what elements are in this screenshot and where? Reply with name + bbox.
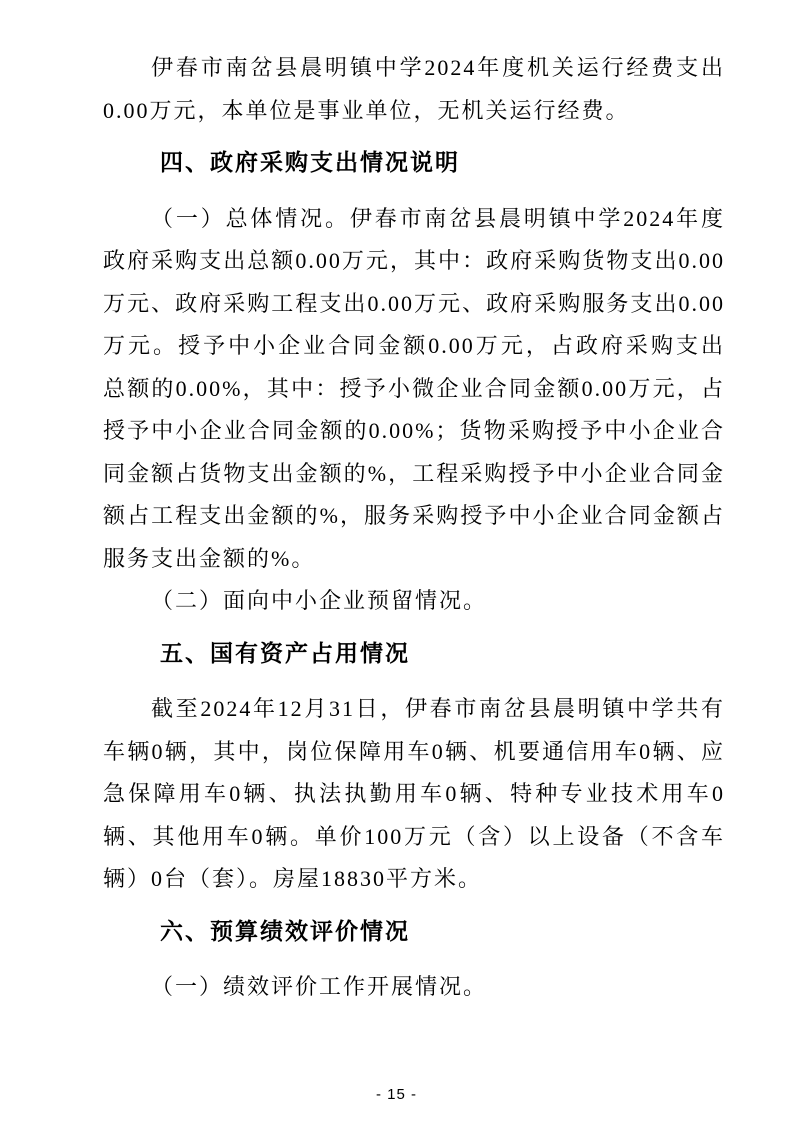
body-paragraph: 伊春市南岔县晨明镇中学2024年度机关运行经费支出0.00万元，本单位是事业单位… bbox=[103, 47, 725, 132]
page-number: - 15 - bbox=[376, 1086, 417, 1103]
body-paragraph: （二）面向中小企业预留情况。 bbox=[103, 580, 725, 623]
document-page: 伊春市南岔县晨明镇中学2024年度机关运行经费支出0.00万元，本单位是事业单位… bbox=[0, 0, 793, 1122]
page-footer: - 15 - bbox=[0, 1086, 793, 1103]
body-paragraph: 截至2024年12月31日，伊春市南岔县晨明镇中学共有车辆0辆，其中，岗位保障用… bbox=[103, 688, 725, 901]
body-paragraph: （一）总体情况。伊春市南岔县晨明镇中学2024年度政府采购支出总额0.00万元，… bbox=[103, 198, 725, 581]
body-paragraph: （一）绩效评价工作开展情况。 bbox=[103, 966, 725, 1009]
section-heading: 四、政府采购支出情况说明 bbox=[103, 141, 725, 184]
document-content: 伊春市南岔县晨明镇中学2024年度机关运行经费支出0.00万元，本单位是事业单位… bbox=[103, 47, 725, 1009]
section-heading: 六、预算绩效评价情况 bbox=[103, 910, 725, 953]
section-heading: 五、国有资产占用情况 bbox=[103, 632, 725, 675]
